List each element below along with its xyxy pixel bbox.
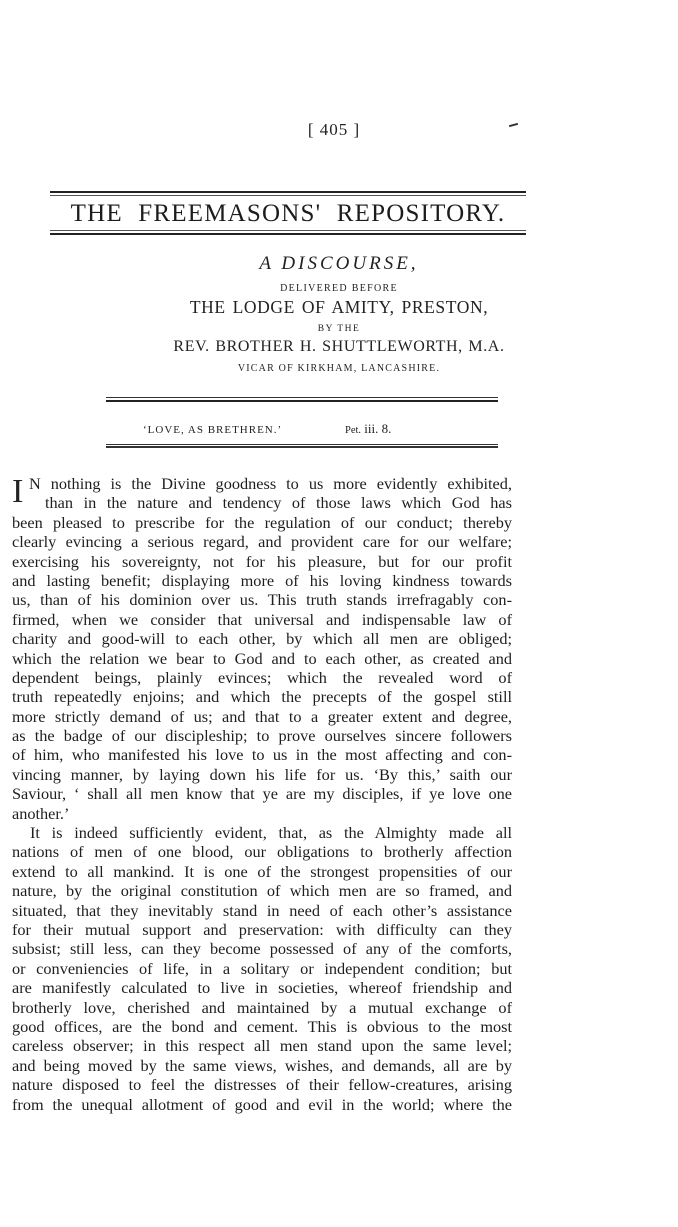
text-line: Saviour, ‘ shall all men know that ye ar… <box>12 784 512 803</box>
text-line: nature disposed to feel the distresses o… <box>12 1075 512 1094</box>
lodge-name: THE LODGE OF AMITY, PRESTON, <box>0 297 678 318</box>
epigraph-top-rule <box>106 397 498 402</box>
text-line: dependent beings, plainly evinces; which… <box>12 668 512 687</box>
text-line: as the badge of our discipleship; to pro… <box>12 726 512 745</box>
text-line: N nothing is the Divine goodness to us m… <box>12 474 512 493</box>
masthead: THE FREEMASONS' REPOSITORY. <box>50 191 526 235</box>
text-line: been pleased to prescribe for the regula… <box>12 513 512 532</box>
masthead-bottom-rule <box>50 233 526 235</box>
text-line: from the unequal allotment of good and e… <box>12 1095 512 1114</box>
epigraph-citation: Pet. iii. 8. <box>345 421 391 437</box>
citation-book: Pet. <box>345 425 361 436</box>
citation-ref: iii. 8. <box>364 421 391 436</box>
text-line: are manifestly calculated to live in soc… <box>12 978 512 997</box>
epigraph-text: ‘LOVE, AS BRETHREN.’ <box>143 424 282 436</box>
text-line: good offices, are the bond and cement. T… <box>12 1017 512 1036</box>
text-line: than in the nature and tendency of those… <box>12 493 512 512</box>
text-line: another.’ <box>12 804 512 823</box>
text-line: us, than of his dominion over us. This t… <box>12 590 512 609</box>
text-line: subsist; still less, can they become pos… <box>12 939 512 958</box>
author-name: REV. BROTHER H. SHUTTLEWORTH, M.A. <box>0 338 678 356</box>
masthead-bottom-rule-thin <box>50 230 526 231</box>
text-line: It is indeed sufficiently evident, that,… <box>12 823 512 842</box>
text-line: careless observer; in this respect all m… <box>12 1036 512 1055</box>
text-line: charity and good-will to each other, by … <box>12 629 512 648</box>
text-line: which the relation we bear to God and to… <box>12 649 512 668</box>
text-line: situated, that they inevitably stand in … <box>12 901 512 920</box>
text-line: and lasting benefit; displaying more of … <box>12 571 512 590</box>
text-line: exercising his sovereignty, not for his … <box>12 552 512 571</box>
text-line: nations of men of one blood, our obligat… <box>12 842 512 861</box>
text-line: clearly evincing a serious regard, and p… <box>12 532 512 551</box>
text-line: of him, who manifested his love to us in… <box>12 745 512 764</box>
text-line: and being moved by the same views, wishe… <box>12 1056 512 1075</box>
text-line: or conveniencies of life, in a solitary … <box>12 959 512 978</box>
masthead-top-rule <box>50 191 526 193</box>
author-title: VICAR OF KIRKHAM, LANCASHIRE. <box>0 363 678 374</box>
epigraph-bottom-rule <box>106 444 498 448</box>
masthead-top-rule-thin <box>50 195 526 196</box>
text-line: for their mutual support and preservatio… <box>12 920 512 939</box>
text-line: extend to all mankind. It is one of the … <box>12 862 512 881</box>
text-line: vincing manner, by laying down his life … <box>12 765 512 784</box>
discourse-heading: A DISCOURSE, <box>0 253 678 275</box>
discourse-body: N nothing is the Divine goodness to us m… <box>12 474 512 1114</box>
text-line: truth repeatedly enjoins; and which the … <box>12 687 512 706</box>
text-line: more strictly demand of us; and that to … <box>12 707 512 726</box>
text-line: nature, by the original constitution of … <box>12 881 512 900</box>
delivered-before: DELIVERED BEFORE <box>0 283 678 294</box>
page-number: [ 405 ] <box>0 120 678 140</box>
by-the: BY THE <box>0 324 678 334</box>
publication-title: THE FREEMASONS' REPOSITORY. <box>50 199 526 229</box>
text-line: brotherly love, cherished and maintained… <box>12 998 512 1017</box>
text-line: firmed, when we consider that universal … <box>12 610 512 629</box>
